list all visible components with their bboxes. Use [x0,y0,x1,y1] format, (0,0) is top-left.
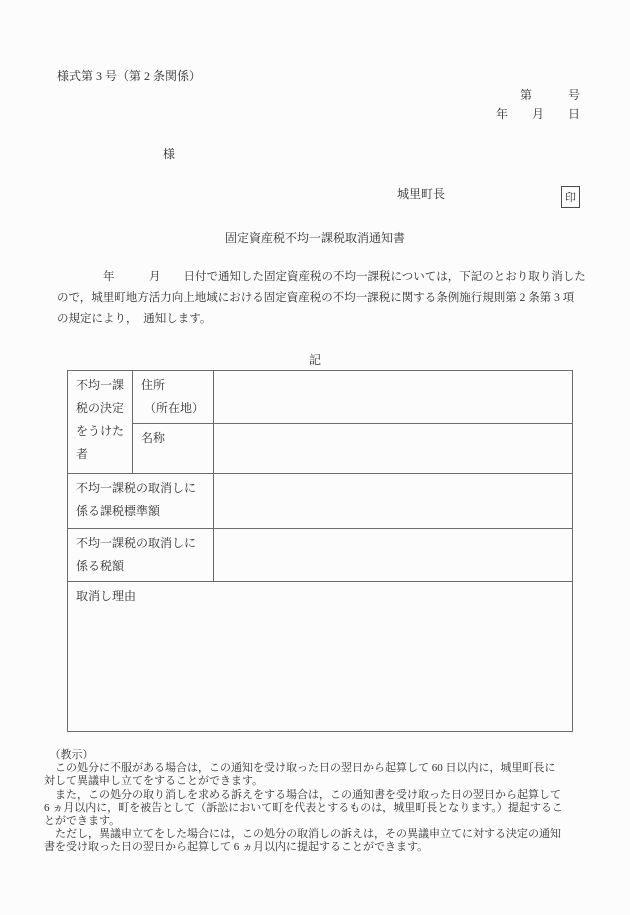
address-value-cell [214,371,573,424]
body-line: ので，城里町地方活力向上地域における固定資産税の不均一課税に関する条例施行規則第… [57,288,586,309]
notice-line: この処分に不服がある場合は，この通知を受け取った日の翌日から起算して 60 日以… [44,762,563,775]
name-label-cell: 名称 [133,424,214,474]
address-label-cell: 住所 （所在地） [133,371,214,424]
name-value-cell [214,424,573,474]
notice-line: ただし，異議申立てをした場合には，この処分の取消しの訴えは，その異議申立てに対す… [44,828,563,841]
recipient-honorific: 様 [163,147,175,162]
notice-line: 6 ヵ月以内に，町を被告として（訴訟において町を代表とするものは，城里町長となり… [44,802,563,815]
notice-line: （教示） [44,749,563,762]
recipient-group-label-cell: 不均一課 税の決定 をうけた 者 [68,371,133,474]
body-paragraph: 年 月 日付で通知した固定資産税の不均一課税については，下記のとおり取り消した … [57,267,586,330]
notice-line: 対して異議申し立てをすることができます。 [44,775,563,788]
reason-cell: 取消し理由 [68,582,573,732]
taxamount-label-cell: 不均一課税の取消しに 係る税額 [68,529,214,582]
issuer-title: 城里町長 [397,187,445,202]
issue-date-line: 年 月 日 [496,107,580,122]
notice-line: また，この処分の取り消しを求める訴えをする場合は，この通知書を受け取った日の翌日… [44,789,563,802]
seal-box: 印 [561,186,580,208]
notification-table: 不均一課 税の決定 をうけた 者 住所 （所在地） 名称 不均一課税の取消しに … [67,370,573,732]
body-line: の規定により， 通知します。 [57,309,586,330]
seal-label: 印 [565,189,576,205]
notice-section: （教示） この処分に不服がある場合は，この通知を受け取った日の翌日から起算して … [44,749,563,855]
taxbase-label-cell: 不均一課税の取消しに 係る課税標準額 [68,474,214,529]
table-row: 不均一課 税の決定 をうけた 者 住所 （所在地） [68,371,573,424]
table-row: 不均一課税の取消しに 係る税額 [68,529,573,582]
record-marker: 記 [0,351,630,368]
form-number: 様式第 3 号（第 2 条関係） [57,69,201,84]
taxbase-value-cell [214,474,573,529]
notice-line: とができます。 [44,815,563,828]
table-row: 不均一課税の取消しに 係る課税標準額 [68,474,573,529]
document-number-line: 第 号 [520,88,580,103]
table-row: 名称 [68,424,573,474]
page-title: 固定資産税不均一課税取消通知書 [0,229,630,246]
document-page: 様式第 3 号（第 2 条関係） 第 号 年 月 日 様 城里町長 印 固定資産… [0,0,630,915]
taxamount-value-cell [214,529,573,582]
body-line: 年 月 日付で通知した固定資産税の不均一課税については，下記のとおり取り消した [57,267,586,288]
notice-line: 書を受け取った日の翌日から起算して 6 ヵ月以内に提起することができます。 [44,841,563,854]
table-row: 取消し理由 [68,582,573,732]
